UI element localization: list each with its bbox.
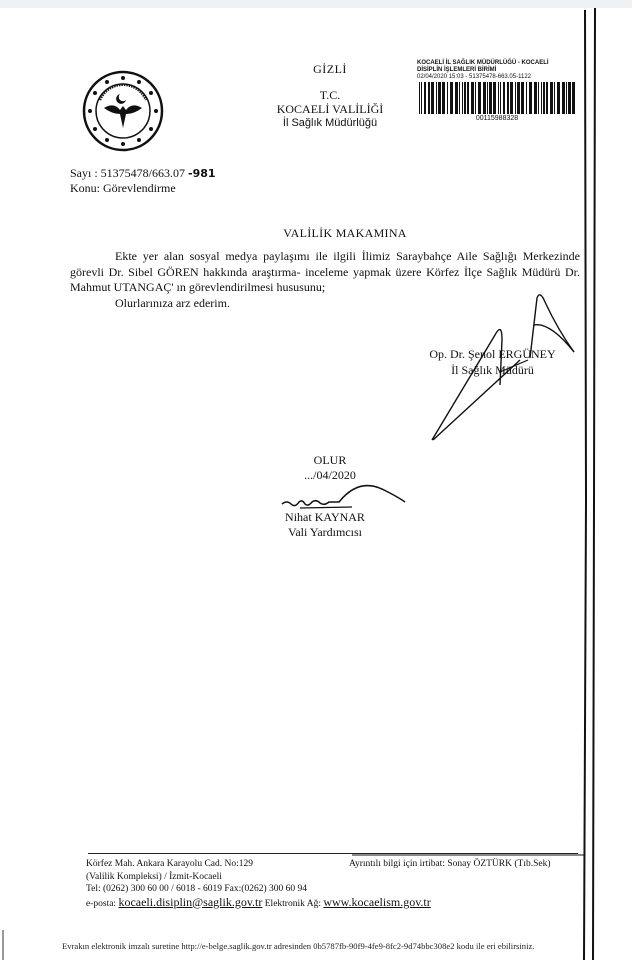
stamp-line1: KOCAELİ İL SAĞLIK MÜDÜRLÜĞÜ - KOCAELİ xyxy=(417,60,582,67)
stamp-line2: DİSİPLİN İŞLEMLERİ BİRİMİ xyxy=(417,67,582,74)
ministry-seal-icon xyxy=(82,70,164,152)
konu-label: Konu: xyxy=(70,181,100,195)
reference-block: Sayı : 51375478/663.07 -981 Konu: Görevl… xyxy=(70,166,216,196)
letterhead-line1: T.C. xyxy=(230,88,430,102)
signatory-name: Op. Dr. Şenol ERGÜNEY xyxy=(400,346,585,362)
esign-note: Evrakın elektronik imzalı suretine http:… xyxy=(62,941,622,952)
footer-contact-line: e-posta: kocaeli.disiplin@saglik.gov.tr … xyxy=(86,896,586,911)
approver-name: Nihat KAYNAR xyxy=(260,510,390,525)
signatory-title: İl Sağlık Müdürü xyxy=(400,362,585,378)
sayi-line: Sayı : 51375478/663.07 -981 xyxy=(70,166,216,181)
approver-block: Nihat KAYNAR Vali Yardımcısı xyxy=(260,510,390,540)
addressee: VALİLİK MAKAMINA xyxy=(245,226,445,241)
body-paragraph: Ekte yer alan sosyal medya paylaşımı ile… xyxy=(70,249,580,296)
letterhead-line2: KOCAELİ VALİLİĞİ xyxy=(230,102,430,116)
signatory-block: Op. Dr. Şenol ERGÜNEY İl Sağlık Müdürü xyxy=(400,346,585,378)
approval-date: .../04/2020 xyxy=(270,468,390,483)
approval-block: OLUR .../04/2020 xyxy=(270,453,390,483)
barcode-icon xyxy=(417,82,577,114)
footer: Körfez Mah. Ankara Karayolu Cad. No:129 … xyxy=(86,858,586,910)
letter-body: Ekte yer alan sosyal medya paylaşımı ile… xyxy=(70,249,580,311)
approval-word: OLUR xyxy=(270,453,390,468)
stamp-line3: 02/04/2020 15:03 - 51375478-663.05-1122 xyxy=(417,74,582,81)
classification-label: GİZLİ xyxy=(270,62,390,77)
email-label: e-posta: xyxy=(86,899,116,909)
footer-divider xyxy=(88,853,578,854)
email-link[interactable]: kocaeli.disiplin@saglik.gov.tr xyxy=(118,895,262,909)
body-closing: Olurlarınıza arz ederim. xyxy=(70,296,580,312)
footer-contact: Ayrıntılı bilgi için irtibat: Sonay ÖZTÜ… xyxy=(349,858,551,871)
letterhead: T.C. KOCAELİ VALİLİĞİ İl Sağlık Müdürlüğ… xyxy=(230,88,430,130)
barcode-number: 00115988328 xyxy=(417,115,577,122)
top-band xyxy=(0,0,632,8)
website-link[interactable]: www.kocaelism.gov.tr xyxy=(323,895,430,909)
footer-address2: (Valilik Kompleksi) / İzmit-Kocaeli xyxy=(86,871,586,884)
sayi-value: : 51375478/663.07 xyxy=(94,166,185,180)
sayi-label: Sayı xyxy=(70,166,91,180)
letterhead-line3: İl Sağlık Müdürlüğü xyxy=(230,116,430,130)
konu-line: Konu: Görevlendirme xyxy=(70,181,216,196)
registry-stamp: KOCAELİ İL SAĞLIK MÜDÜRLÜĞÜ - KOCAELİ Dİ… xyxy=(417,60,582,122)
sayi-handwritten: -981 xyxy=(188,167,216,180)
konu-value: Görevlendirme xyxy=(103,181,176,195)
web-label: Elektronik Ağ: xyxy=(265,899,321,909)
approver-title: Vali Yardımcısı xyxy=(260,525,390,540)
